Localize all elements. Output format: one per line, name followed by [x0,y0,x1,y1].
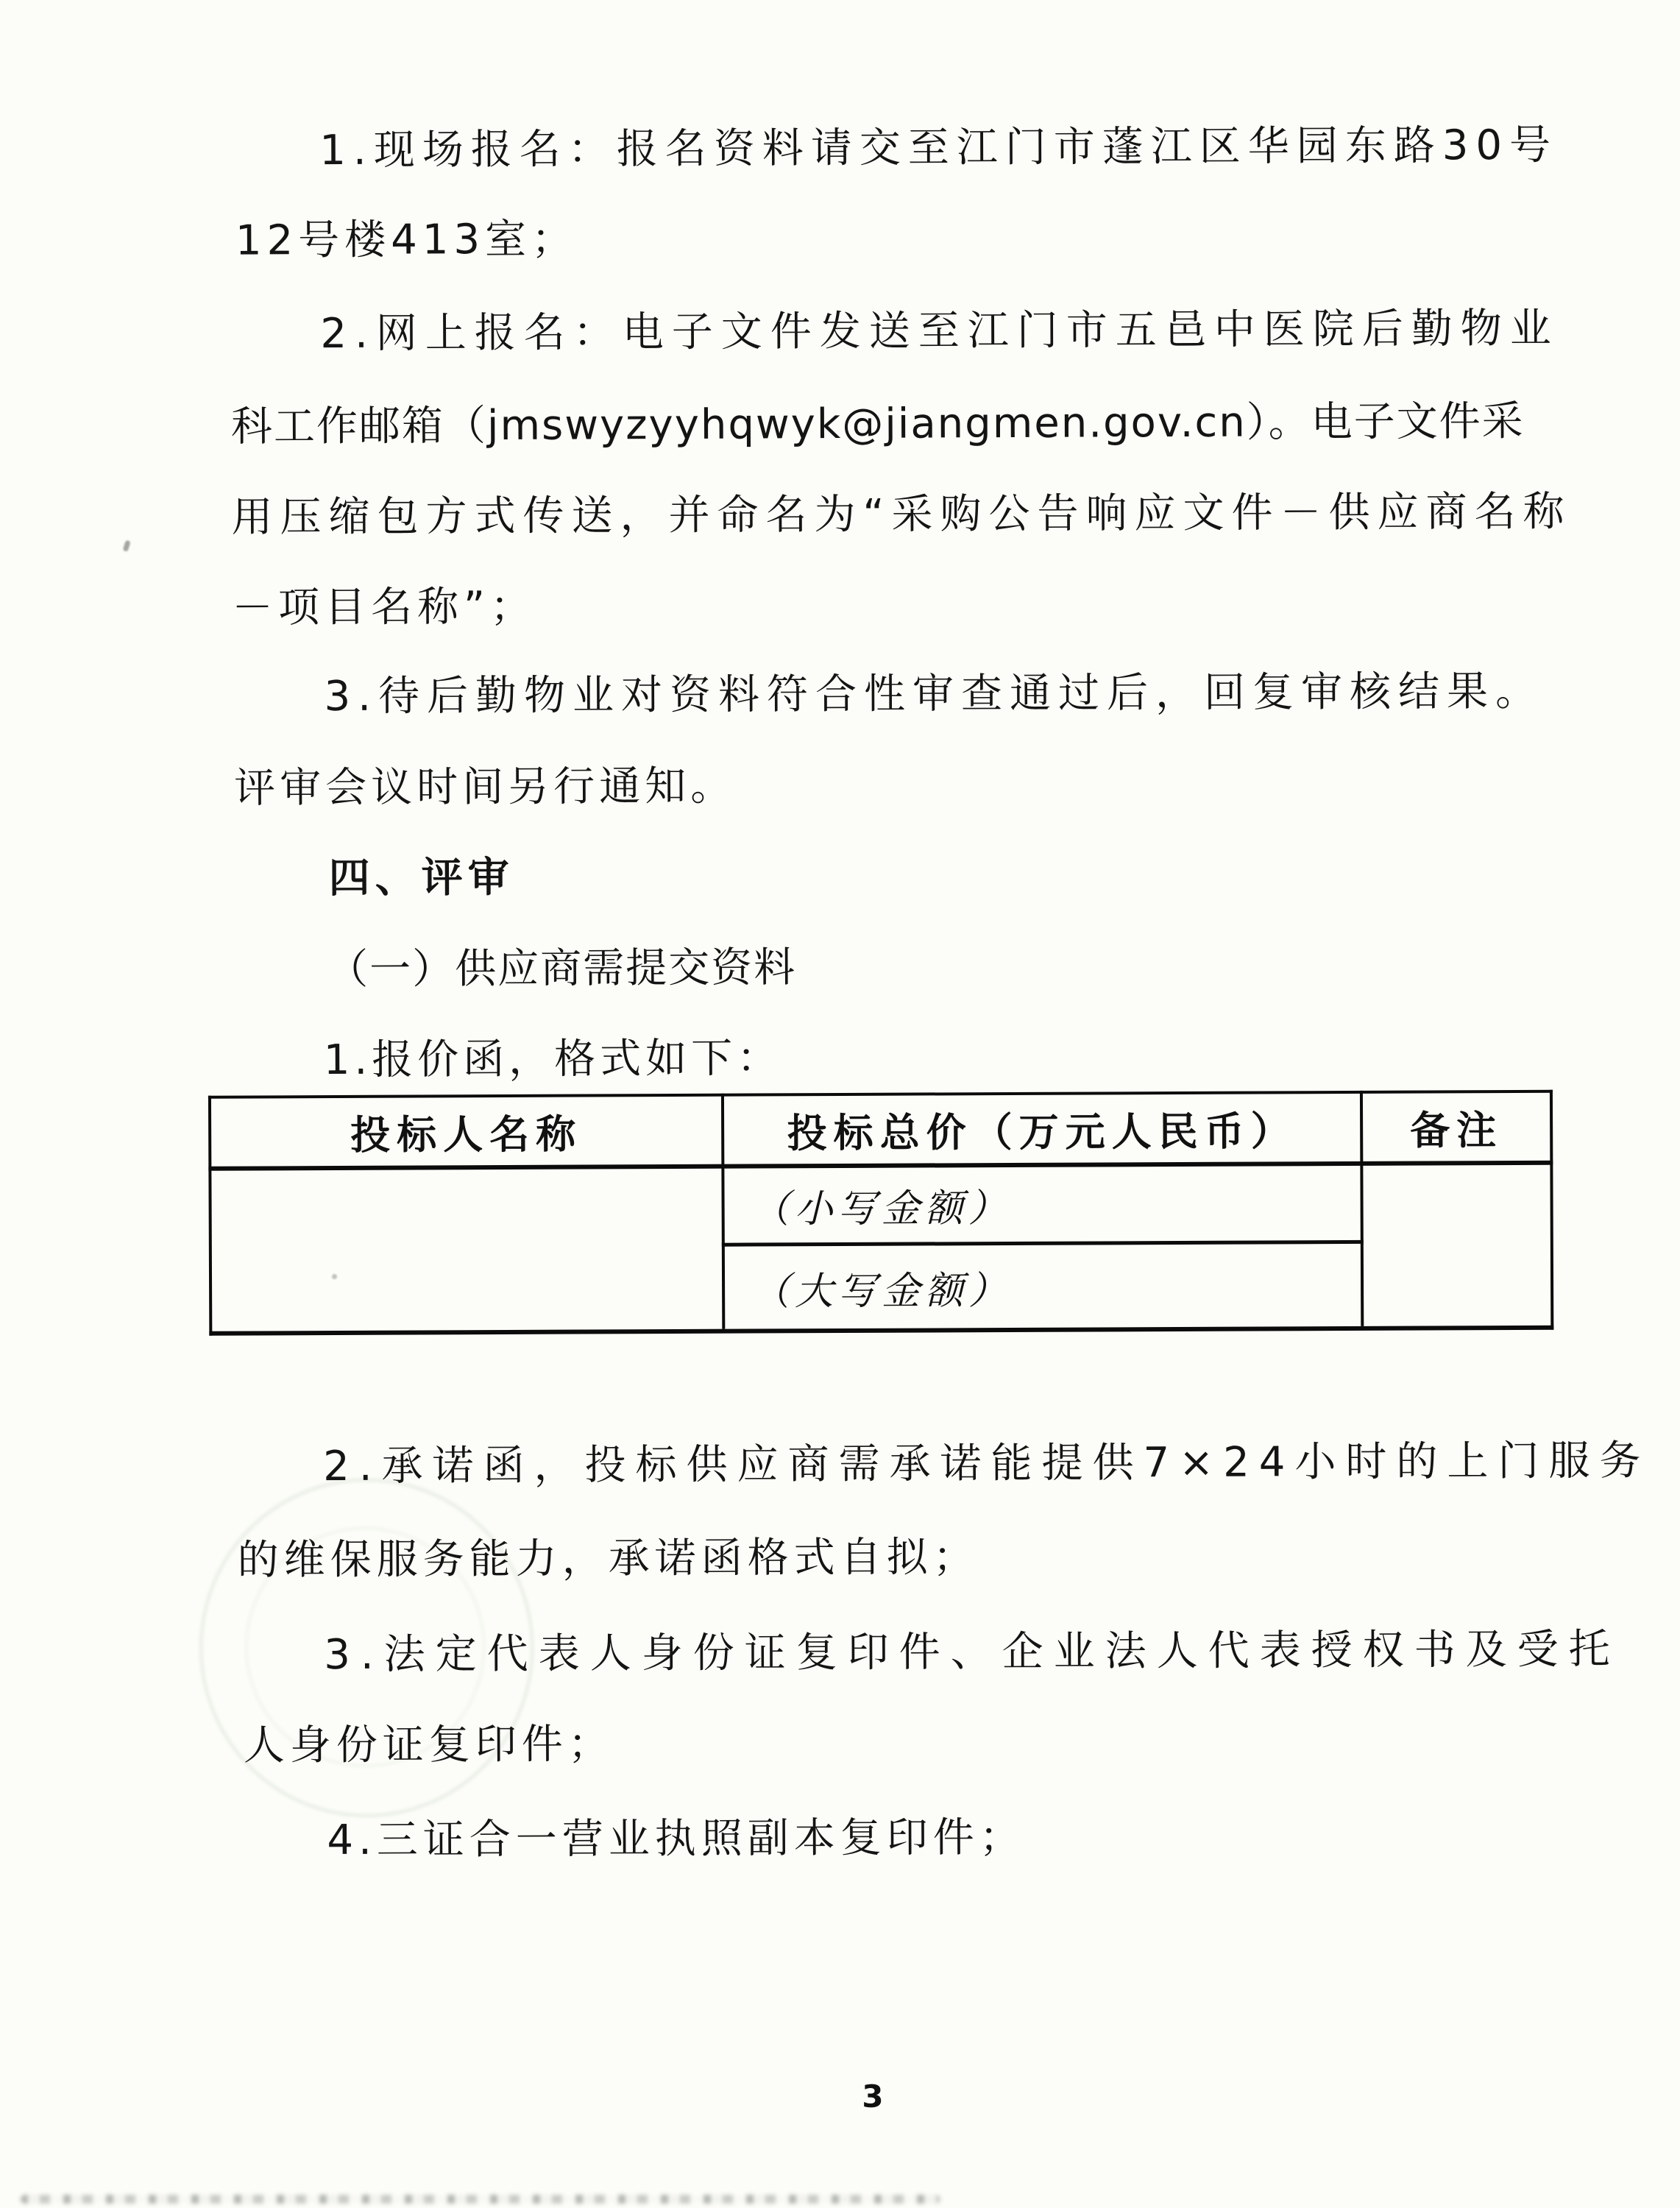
paper-sheet: 1.现场报名：报名资料请交至江门市蓬江区华园东路30号 12号楼413室； 2.… [0,0,1680,2208]
commitment-letter-line-1: 2.承诺函，投标供应商需承诺能提供7×24小时的上门服务 [323,1437,1651,1490]
quotation-table: 投标人名称 投标总价（万元人民币） 备注 （小写金额） （大写金额） [208,1090,1553,1336]
page-number: 3 [851,2078,895,2115]
table-header-remarks: 备注 [1363,1093,1550,1161]
table-header-total-price: 投标总价（万元人民币） [724,1094,1360,1164]
table-cell-bidder-empty [211,1169,722,1331]
id-copies-line-2: 人身份证复印件； [244,1721,614,1769]
scanned-document-page: 1.现场报名：报名资料请交至江门市蓬江区华园东路30号 12号楼413室； 2.… [0,0,1680,2208]
online-registration-line-1: 2.网上报名：电子文件发送至江门市五邑中医院后勤物业 [320,305,1559,358]
subsection-heading-materials: （一）供应商需提交资料 [327,944,796,994]
onsite-registration-line-2: 12号楼413室； [235,216,578,265]
online-registration-line-3: 用压缩包方式传送，并命名为“采购公告响应文件－供应商名称 [231,489,1571,542]
table-cell-remarks-empty [1363,1165,1550,1326]
scan-speck [123,540,131,552]
table-header-bidder-name: 投标人名称 [211,1097,721,1167]
table-cell-amount-uppercase: （大写金额） [725,1244,1387,1329]
table-cell-amount-lowercase: （小写金额） [724,1166,1386,1243]
review-reply-line-2: 评审会议时间另行通知。 [234,763,736,813]
scan-speck [332,1274,337,1279]
scan-artifact-bottom-edge [21,2195,940,2204]
id-copies-line-1: 3.法定代表人身份证复印件、企业法人代表授权书及受托 [324,1626,1620,1679]
business-license-line: 4.三证合一营业执照副本复印件； [327,1814,1026,1864]
review-reply-line-1: 3.待后勤物业对资料符合性审查通过后，回复审核结果。 [324,668,1544,721]
commitment-letter-line-2: 的维保服务能力，承诺函格式自拟； [238,1534,979,1584]
online-registration-line-2: 科工作邮箱（jmswyzyyhqwyk@jiangmen.gov.cn）。电子文… [231,398,1525,451]
online-registration-line-4: －项目名称”； [232,584,536,632]
onsite-registration-line-1: 1.现场报名：报名资料请交至江门市蓬江区华园东路30号 [319,122,1558,174]
section-heading-review: 四、评审 [329,854,514,902]
quotation-letter-intro: 1.报价函，格式如下： [324,1035,783,1084]
